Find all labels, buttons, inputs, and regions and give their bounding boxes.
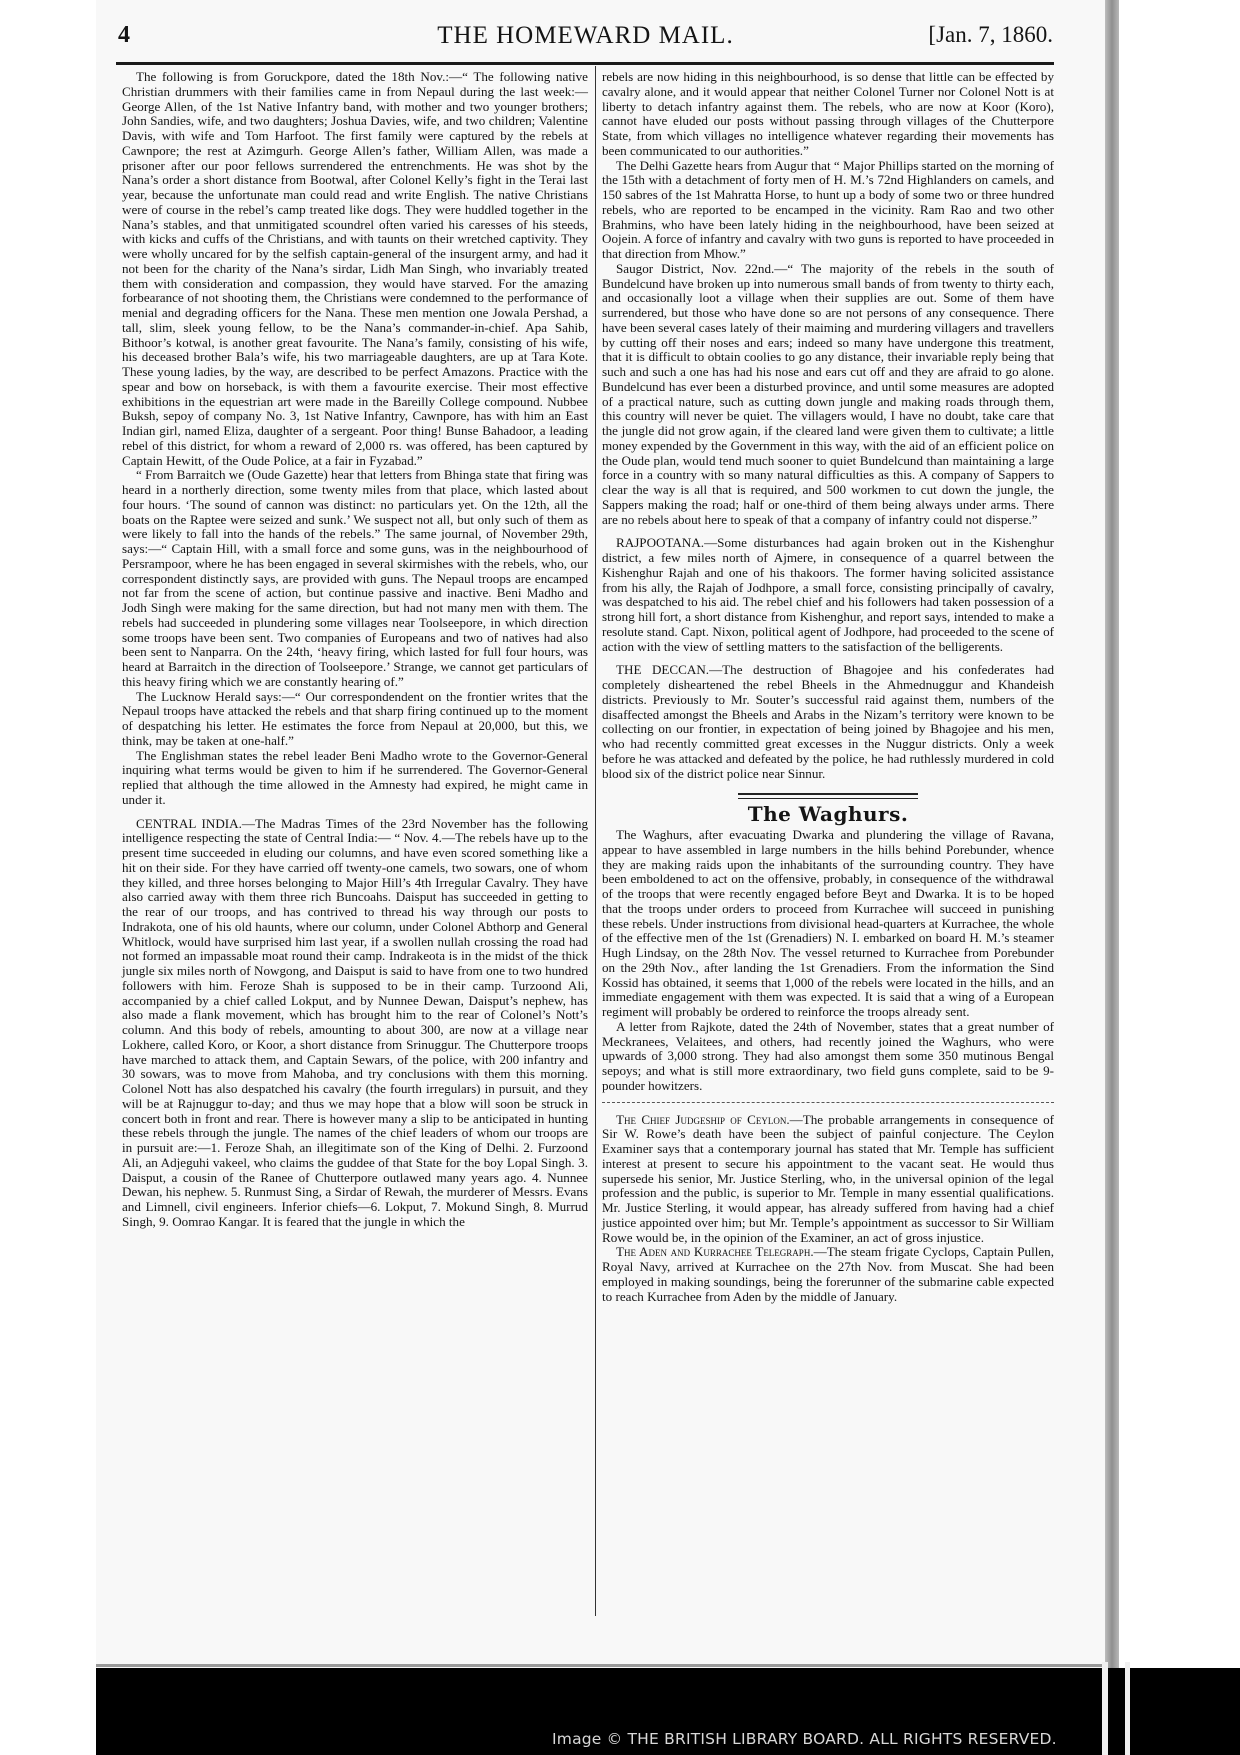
- right-column: rebels are now hiding in this neighbourh…: [602, 70, 1054, 1304]
- article-divider: [602, 1102, 1054, 1103]
- scan-corner: [1100, 1680, 1240, 1755]
- central-india-paragraph: CENTRAL INDIA.—The Madras Times of the 2…: [122, 817, 588, 1230]
- lucknow-herald-paragraph: The Lucknow Herald says:—“ Our correspon…: [122, 690, 588, 749]
- newspaper-title: THE HOMEWARD MAIL.: [118, 22, 1053, 50]
- ceylon-lead: The Chief Judgeship of Ceylon.: [616, 1112, 790, 1127]
- delhi-gazette-paragraph: The Delhi Gazette hears from Augur that …: [602, 159, 1054, 262]
- left-column: The following is from Goruckpore, dated …: [122, 70, 588, 1230]
- deccan-paragraph: THE DECCAN.—The destruction of Bhagojee …: [602, 663, 1054, 781]
- goruckpore-paragraph: The following is from Goruckpore, dated …: [122, 70, 588, 468]
- ceylon-paragraph: The Chief Judgeship of Ceylon.—The proba…: [602, 1113, 1054, 1246]
- page-binding-edge: [1105, 0, 1119, 1680]
- telegraph-paragraph: The Aden and Kurrachee Telegraph.—The st…: [602, 1245, 1054, 1304]
- issue-date: [Jan. 7, 1860.: [928, 22, 1053, 48]
- ceylon-body: —The probable arrangements in consequenc…: [602, 1112, 1054, 1245]
- barraitch-paragraph: “ From Barraitch we (Oude Gazette) hear …: [122, 468, 588, 689]
- rajpootana-paragraph: RAJPOOTANA.—Some disturbances had again …: [602, 536, 1054, 654]
- continuation-paragraph: rebels are now hiding in this neighbourh…: [602, 70, 1054, 159]
- waghurs-paragraph: The Waghurs, after evacuating Dwarka and…: [602, 828, 1054, 1020]
- waghurs-heading: The Waghurs.: [602, 807, 1054, 822]
- column-separator: [595, 66, 596, 1616]
- copyright-notice: Image © THE BRITISH LIBRARY BOARD. ALL R…: [552, 1730, 1057, 1748]
- rajkote-paragraph: A letter from Rajkote, dated the 24th of…: [602, 1020, 1054, 1094]
- section-divider: [738, 793, 918, 799]
- masthead: 4 THE HOMEWARD MAIL. [Jan. 7, 1860.: [118, 22, 1053, 58]
- page-bottom-edge: [96, 1664, 1106, 1667]
- scan-clip-right: [1125, 1662, 1130, 1755]
- header-rule: [116, 62, 1054, 65]
- scan-clip-left: [1102, 1662, 1108, 1755]
- englishman-paragraph: The Englishman states the rebel leader B…: [122, 749, 588, 808]
- saugor-paragraph: Saugor District, Nov. 22nd.—“ The majori…: [602, 262, 1054, 528]
- telegraph-lead: The Aden and Kurrachee Telegraph.: [616, 1244, 814, 1259]
